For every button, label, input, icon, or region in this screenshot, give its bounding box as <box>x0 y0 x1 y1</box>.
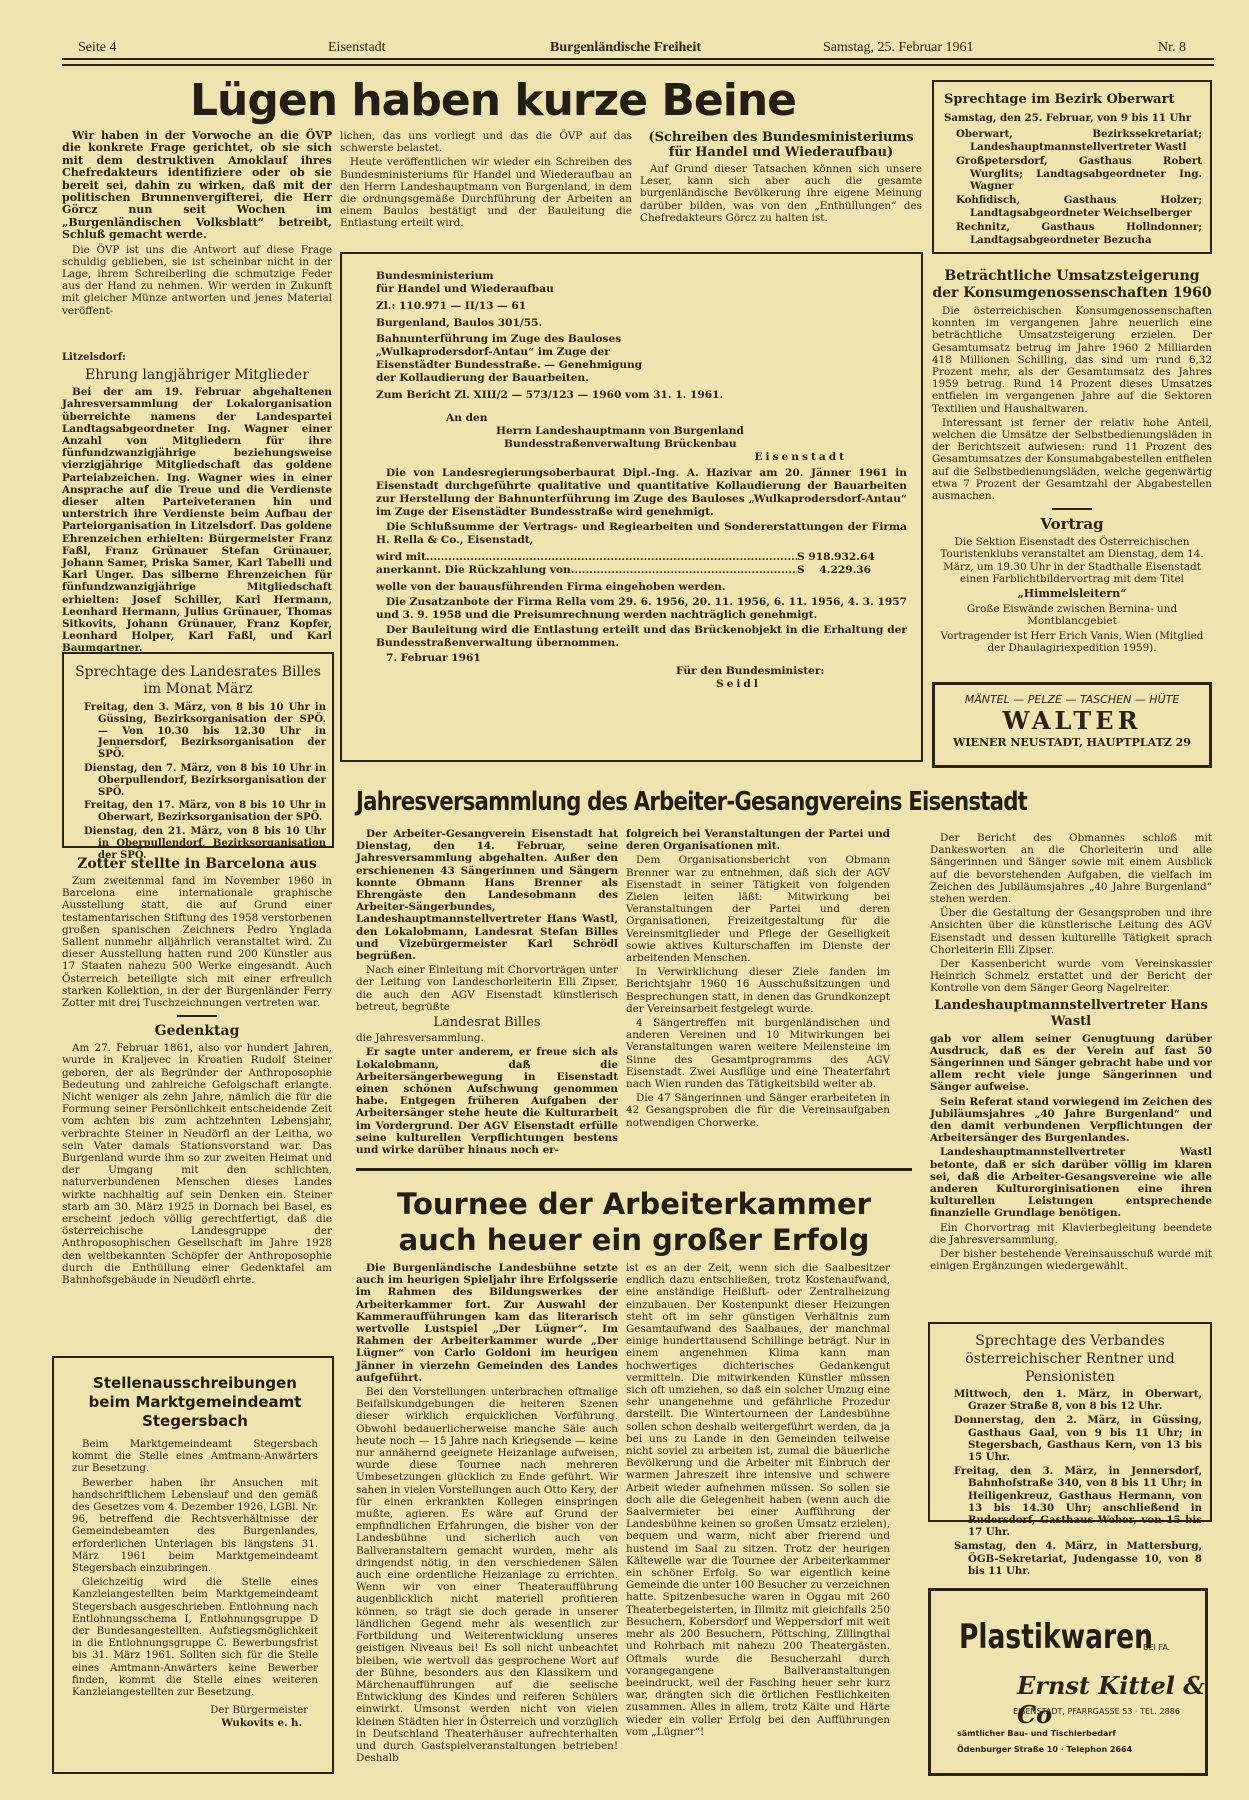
letter-signature-line: Für den Bundesminister: <box>676 665 907 678</box>
stegersbach-p3: Gleichzeitig wird die Stelle eines Kanzl… <box>72 1577 318 1699</box>
separator <box>177 1015 217 1017</box>
litzelsdorf-dateline: Litzelsdorf: <box>62 352 332 364</box>
gesang-c2p5: Die 47 Sängerinnen und Sänger erarbeitet… <box>626 1092 890 1129</box>
article-luegen-col2: lichen, das uns vorliegt und das die ÖVP… <box>340 130 632 232</box>
letter-amount-row-1: wird mitS 918.932.64 <box>376 551 907 564</box>
oberwart-item: Kohfidisch, Gasthaus Holzer; Landtagsabg… <box>956 194 1202 219</box>
headline-luegen: Lügen haben kurze Beine <box>190 76 796 126</box>
gesang-c3p4: gab vor allem seiner Genugtuung darüber … <box>930 1033 1212 1094</box>
plastik-ad-bei: BEI FA. <box>1143 1643 1170 1652</box>
luegen-intro: Wir haben in der Vorwoche an die ÖVP die… <box>62 130 332 242</box>
gesang-subhead-billes: Landesrat Billes <box>356 1017 618 1029</box>
gesang-subhead-wastl: Landeshauptmannstellvertreter Hans Wastl <box>930 998 1212 1030</box>
zotter-title: Zotter stellte in Barcelona aus <box>62 856 332 872</box>
oberwart-title: Sprechtage im Bezirk Oberwart <box>944 92 1202 108</box>
gesang-c3p2: Über die Gestaltung der Gesangsproben un… <box>930 907 1212 956</box>
ad-plastikwaren: Plastikwaren BEI FA. Ernst Kittel & Co E… <box>928 1588 1208 1776</box>
letter-p3: wolle von der bauausführenden Firma eing… <box>376 581 907 594</box>
amount-value: S 4.229.36 <box>797 564 907 577</box>
article-konsum: Beträchtliche Umsatzsteigerung der Konsu… <box>932 268 1212 656</box>
oberwart-item: Rechnitz, Gasthaus Hollndonner; Landtags… <box>956 221 1202 246</box>
stegersbach-p2: Bewerber haben ihr Ansuchen mit handschr… <box>72 1478 318 1576</box>
billes-item: Dienstag, den 7. März, von 8 bis 10 Uhr … <box>84 763 326 798</box>
rentner-item: Samstag, den 4. März, in Mattersburg, ÖG… <box>954 1540 1202 1577</box>
rentner-title: Sprechtage des Verbandes österreichische… <box>938 1332 1202 1386</box>
article-luegen-col1: Wir haben in der Vorwoche an die ÖVP die… <box>62 130 332 319</box>
separator <box>1052 508 1092 510</box>
plastik-ad-line-1: sämtlicher Bau- und Tischlerbedarf <box>957 1729 1116 1738</box>
gesang-c1p1: Der Arbeiter-Gesangverein Eisenstadt hat… <box>356 828 618 962</box>
gesang-c3p6: Landeshauptmannstellvertreter Wastl beto… <box>930 1146 1212 1219</box>
oberwart-item: Oberwart, Bezirkssekretariat; Landeshaup… <box>956 128 1202 153</box>
header-place: Eisenstadt <box>328 40 386 56</box>
luegen-subhead: (Schreiben des Bundesministeriums für Ha… <box>640 130 922 160</box>
letter-date: 7. Februar 1961 <box>386 652 907 665</box>
ad-walter: MÄNTEL — PELZE — TASCHEN — HÜTE WALTER W… <box>932 682 1212 768</box>
issue-date: Samstag, 25. Februar 1961 <box>823 40 973 56</box>
letter-address-city: Eisenstadt <box>376 451 847 464</box>
letter-address-an: An den <box>446 412 907 425</box>
article-gesang-col1: Der Arbeiter-Gesangverein Eisenstadt hat… <box>356 828 618 1158</box>
luegen-p3: lichen, das uns vorliegt und das die ÖVP… <box>340 130 632 154</box>
box-stellenausschreibung: Stellenausschreibungen beim Marktgemeind… <box>52 1356 334 1774</box>
walter-ad-goods: MÄNTEL — PELZE — TASCHEN — HÜTE <box>935 693 1209 706</box>
newspaper-name: Burgenländische Freiheit <box>550 40 701 56</box>
stegersbach-signature: Wukovits e. h. <box>72 1717 302 1729</box>
vortrag-title: Vortrag <box>932 516 1212 533</box>
billes-item: Freitag, den 3. März, von 8 bis 10 Uhr i… <box>84 702 326 761</box>
stegersbach-p1: Beim Marktgemeindeamt Stegersbach kommt … <box>72 1439 318 1476</box>
gedenktag-title: Gedenktag <box>62 1023 332 1039</box>
issue-number: Nr. 8 <box>1158 40 1186 56</box>
tournee-c1p2: Bei den Vorstellungen unterbrachen oftma… <box>356 1386 618 1764</box>
walter-ad-address: WIENER NEUSTADT, HAUPTPLATZ 29 <box>935 736 1209 749</box>
letter-amount-row-2: anerkannt. Die Rückzahlung vonS 4.229.36 <box>376 564 907 577</box>
konsum-title: Beträchtliche Umsatzsteigerung der Konsu… <box>932 268 1212 302</box>
tournee-c1p1: Die Burgenländische Landesbühne setzte a… <box>356 1262 618 1384</box>
box-sprechtage-billes: Sprechtage des Landesrates Billes im Mon… <box>62 652 334 848</box>
ministry-letter: Bundesministerium für Handel und Wiedera… <box>340 252 923 762</box>
letter-sender-2: für Handel und Wiederaufbau <box>376 283 907 296</box>
gesang-c3p3: Der Kassenbericht wurde vom Vereinskassi… <box>930 958 1212 995</box>
box-sprechtage-oberwart: Sprechtage im Bezirk Oberwart Samstag, d… <box>932 80 1212 254</box>
amount-label: anerkannt. Die Rückzahlung von <box>376 564 571 577</box>
gesang-c1p4: Er sagte unter anderem, er freue sich al… <box>356 1046 618 1156</box>
amount-value: S 918.932.64 <box>797 551 907 564</box>
letter-signature: Seidl <box>716 678 907 691</box>
litzelsdorf-title: Ehrung langjähriger Mitglieder <box>62 367 332 383</box>
gesang-c2p2: Dem Organisationsbericht von Obmann Bren… <box>626 854 890 964</box>
billes-item: Freitag, den 17. März, von 8 bis 10 Uhr … <box>84 800 326 824</box>
luegen-p2: Die ÖVP ist uns die Antwort auf diese Fr… <box>62 244 332 317</box>
gesang-c3p7: Ein Chorvortrag mit Klavierbegleitung be… <box>930 1222 1212 1246</box>
litzelsdorf-body: Bei der am 19. Februar abgehaltenen Jahr… <box>62 386 332 654</box>
gedenktag-body: Am 27. Februar 1861, also vor hundert Ja… <box>62 1042 332 1286</box>
vortrag-p1: Die Sektion Eisenstadt des Österreichisc… <box>932 536 1212 585</box>
oberwart-item: Großpetersdorf, Gasthaus Robert Wurglits… <box>956 155 1202 192</box>
letter-address-2: Bundesstraßenverwaltung Brückenbau <box>504 438 907 451</box>
billes-title: Sprechtage des Landesrates Billes im Mon… <box>70 664 326 698</box>
luegen-p4: Heute veröffentlichen wir wieder ein Sch… <box>340 156 632 229</box>
letter-bericht: Zum Bericht Zl. XIII/2 — 573/123 — 1960 … <box>376 389 907 402</box>
letter-sender: Bundesministerium <box>376 270 907 283</box>
header-rule <box>62 58 1214 66</box>
luegen-p5: Auf Grund dieser Tatsachen können sich u… <box>640 163 922 224</box>
article-tournee-col2: ist es an der Zeit, wenn sich die Saalbe… <box>626 1262 890 1740</box>
vortrag-p2: Vortragender ist Herr Erich Vanis, Wien … <box>932 630 1212 654</box>
walter-ad-name: WALTER <box>935 706 1209 736</box>
amount-label: wird mit <box>376 551 426 564</box>
plastik-ad-firm: Ernst Kittel & Co <box>1017 1671 1205 1729</box>
tournee-headline-1: Tournee der Arbeiterkammer <box>356 1186 912 1222</box>
headline-gesangverein: Jahresversammlung des Arbeiter-Gesangver… <box>356 786 1027 818</box>
letter-subject: Bahnunterführung im Zuge des Bauloses „W… <box>376 333 646 385</box>
article-gesang-col3: Der Bericht des Obmannes schloß mit Dank… <box>930 832 1212 1275</box>
letter-p1: Die von Landesregierungsoberbaurat Dipl.… <box>376 467 907 519</box>
tournee-c2p1: ist es an der Zeit, wenn sich die Saalbe… <box>626 1262 890 1738</box>
zotter-body: Zum zweitenmal fand im November 1960 in … <box>62 875 332 1009</box>
letter-p5: Der Bauleitung wird die Entlastung ertei… <box>376 624 907 650</box>
headline-tournee: Tournee der Arbeiterkammer auch heuer ei… <box>356 1186 912 1258</box>
section-rule <box>356 1168 912 1171</box>
stegersbach-title-1: Stellenausschreibungen <box>72 1374 318 1393</box>
article-luegen-col3: (Schreiben des Bundesministeriums für Ha… <box>640 130 922 226</box>
article-gesang-col2: folgreich bei Veranstaltungen der Partei… <box>626 828 890 1131</box>
letter-reference: Zl.: 110.971 — II/13 — 61 <box>376 300 907 313</box>
gesang-c3p5: Sein Referat stand vorwiegend im Zeichen… <box>930 1096 1212 1145</box>
gesang-c1p3: die Jahresversammlung. <box>356 1032 618 1044</box>
rentner-item: Donnerstag, den 2. März, in Güssing, Gas… <box>954 1414 1202 1463</box>
article-zotter: Zotter stellte in Barcelona aus Zum zwei… <box>62 856 332 1288</box>
letter-baulos: Burgenland, Baulos 301/55. <box>376 317 907 330</box>
gesang-c2p3: In Verwirklichung dieser Ziele fanden im… <box>626 966 890 1015</box>
letter-p2: Die Schlußsumme der Vertrags- und Regiea… <box>376 521 907 547</box>
gesang-c3p8: Der bisher bestehende Vereinsausschuß wu… <box>930 1248 1212 1272</box>
gesang-c2p1: folgreich bei Veranstaltungen der Partei… <box>626 828 890 852</box>
vortrag-talk-sub: Große Eiswände zwischen Bernina- und Mon… <box>932 603 1212 627</box>
article-tournee-col1: Die Burgenländische Landesbühne setzte a… <box>356 1262 618 1766</box>
plastik-ad-address: EISENSTADT, PFARRGASSE 53 · TEL. 2886 <box>1013 1707 1180 1716</box>
stegersbach-signature-line: Der Bürgermeister <box>72 1705 308 1717</box>
page-header: Seite 4 Eisenstadt Burgenländische Freih… <box>78 40 1218 56</box>
plastik-ad-title: Plastikwaren <box>959 1617 1153 1657</box>
rentner-item: Freitag, den 3. März, in Jennersdorf, Ba… <box>954 1465 1202 1538</box>
konsum-p1: Die österreichischen Konsumgenossenschaf… <box>932 305 1212 415</box>
stegersbach-title-2: beim Marktgemeindeamt Stegersbach <box>72 1393 318 1431</box>
gesang-c1p2: Nach einer Einleitung mit Chorvorträgen … <box>356 964 618 1013</box>
gesang-c3p1: Der Bericht des Obmannes schloß mit Dank… <box>930 832 1212 905</box>
rentner-item: Mittwoch, den 1. März, in Oberwart, Graz… <box>954 1388 1202 1412</box>
konsum-p2: Interessant ist ferner der relativ hohe … <box>932 417 1212 502</box>
gesang-c2p4: 4 Sängertreffen mit burgenländischen und… <box>626 1017 890 1090</box>
plastik-ad-line-2: Ödenburger Straße 10 · Telephon 2664 <box>957 1745 1132 1754</box>
letter-address-1: Herrn Landeshauptmann von Burgenland <box>496 425 907 438</box>
oberwart-date: Samstag, den 25. Februar, von 9 bis 11 U… <box>944 112 1202 124</box>
page-number: Seite 4 <box>78 40 117 56</box>
box-sprechtage-rentner: Sprechtage des Verbandes österreichische… <box>928 1322 1212 1522</box>
letter-p4: Die Zusatzanbote der Firma Rella vom 29.… <box>376 596 907 622</box>
article-litzelsdorf: Litzelsdorf: Ehrung langjähriger Mitglie… <box>62 352 332 657</box>
tournee-headline-2: auch heuer ein großer Erfolg <box>356 1222 912 1258</box>
vortrag-talk-title: „Himmelsleitern“ <box>932 588 1212 600</box>
